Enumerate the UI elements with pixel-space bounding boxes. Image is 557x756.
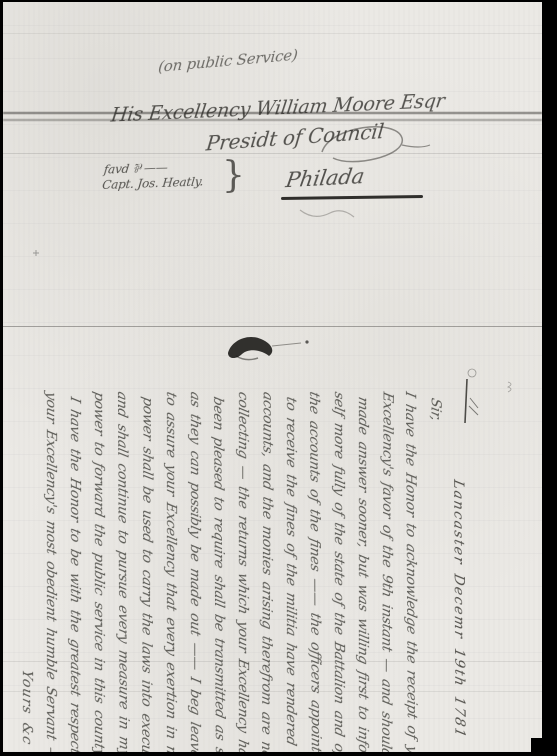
letter-line: accounts, and the monies arising therefr…: [254, 390, 280, 752]
letter-line: the accounts of the fines —— the officer…: [302, 389, 328, 752]
scanned-page: (on public Service) His Excellency Willi…: [3, 2, 542, 752]
dateline: Lancaster Decemr 19th 1781: [446, 477, 471, 752]
salutation: Sir,: [422, 396, 448, 752]
scan-border-notch: [531, 738, 557, 756]
place-underline: [281, 195, 423, 200]
letter-line: collecting — the returns which your Exce…: [231, 389, 255, 752]
letter-line: to receive the fines of the militia have…: [279, 394, 303, 752]
letter-line: self more fully of the state of the Batt…: [327, 389, 351, 752]
letter-lines: I have the Honor to acknowledge the rece…: [39, 392, 423, 750]
letter-line: and shall continue to pursue every measu…: [110, 389, 136, 752]
crease-line: [3, 119, 542, 121]
crease-line: [3, 33, 542, 34]
closing-line: Yours &c ——: [15, 667, 39, 752]
crease-line: [3, 326, 542, 327]
letter-body: Lancaster Decemr 19th 1781 Sir, I have t…: [15, 392, 471, 752]
letter-line: made answer sooner, but was willing firs…: [351, 394, 375, 752]
place-name: Philada: [284, 164, 366, 192]
letter-line: Excellency's favor of the 9th instant — …: [374, 390, 400, 752]
letter-line: to assure your Excellency that every exe…: [159, 389, 183, 752]
letter-line: power to forward the public service in t…: [87, 389, 111, 752]
letter-line: been pleased to require shall be transmi…: [206, 394, 232, 752]
carrier-brace: }: [222, 155, 245, 196]
letter-line: power shall be used to carry the laws in…: [134, 395, 160, 752]
carrier-note: favd ⅌ —— Capt. Jos. Heatly.: [101, 159, 205, 193]
crease-line: [3, 153, 542, 154]
letter-line: your Excellency's most obedient humble S…: [39, 389, 63, 752]
letter-line: as they can possibly be made out —— I be…: [183, 389, 207, 752]
letter-line: I have the Honor to be with the greatest…: [63, 394, 87, 752]
letter-line: I have the Honor to acknowledge the rece…: [398, 389, 424, 752]
addressee-title: Presidt of Council: [205, 119, 385, 156]
postal-annotation: (on public Service): [157, 46, 298, 76]
